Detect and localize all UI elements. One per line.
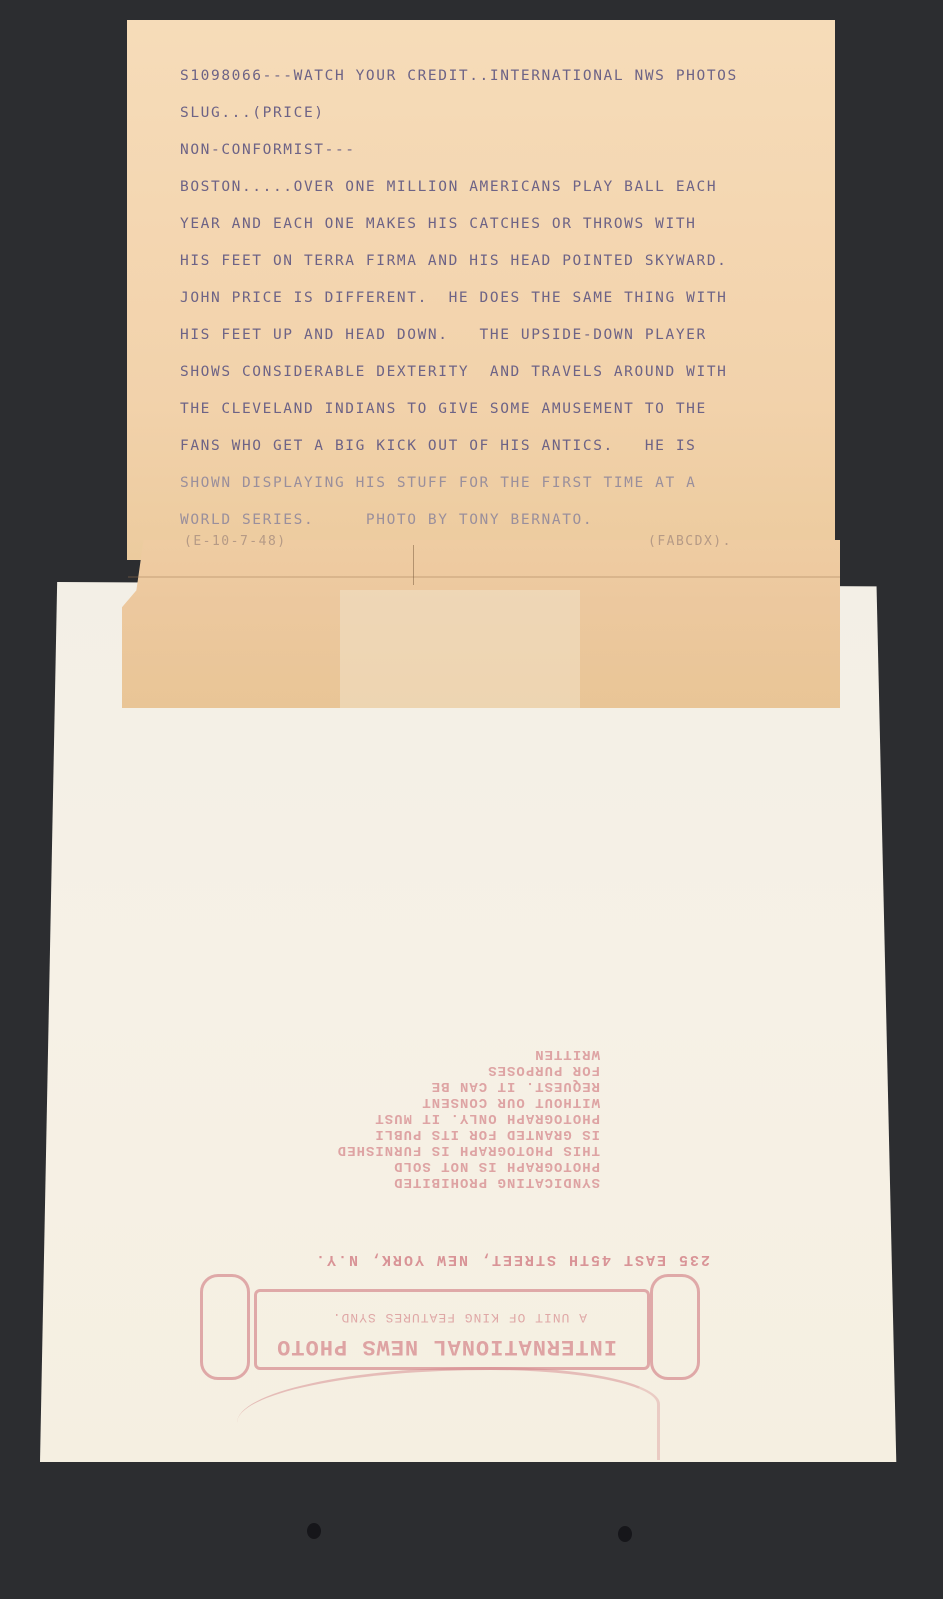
- rights-line: FOR PURPOSES: [337, 1062, 600, 1078]
- caption-line: BOSTON.....OVER ONE MILLION AMERICANS PL…: [180, 173, 820, 210]
- caption-line: SHOWS CONSIDERABLE DEXTERITY AND TRAVELS…: [180, 358, 820, 395]
- rights-line: PHOTOGRAPH ONLY. IT MUST: [337, 1110, 600, 1126]
- agency-stamp: INTERNATIONAL NEWS PHOTO A UNIT OF KING …: [180, 1040, 720, 1440]
- rights-line: WITHOUT OUR CONSENT: [337, 1094, 600, 1110]
- stamp-unit: A UNIT OF KING FEATURES SYND.: [332, 1310, 587, 1325]
- rights-line: WRITTEN: [337, 1046, 600, 1062]
- caption-line: HIS FEET ON TERRA FIRMA AND HIS HEAD POI…: [180, 247, 820, 284]
- typed-caption: S1098066---WATCH YOUR CREDIT..INTERNATIO…: [180, 62, 820, 543]
- stamp-address: 235 EAST 45TH STREET, NEW YORK, N.Y.: [314, 1251, 710, 1268]
- date-code: (E-10-7-48): [184, 534, 287, 549]
- caption-line: HIS FEET UP AND HEAD DOWN. THE UPSIDE-DO…: [180, 321, 820, 358]
- fold-line: [128, 576, 840, 578]
- caption-line: S1098066---WATCH YOUR CREDIT..INTERNATIO…: [180, 62, 820, 99]
- caption-line: SLUG...(PRICE): [180, 99, 820, 136]
- caption-line: THE CLEVELAND INDIANS TO GIVE SOME AMUSE…: [180, 395, 820, 432]
- rights-line: REQUEST. IT CAN BE: [337, 1078, 600, 1094]
- stamp-rights: SYNDICATING PROHIBITED PHOTOGRAPH IS NOT…: [337, 1046, 600, 1190]
- caption-line: NON-CONFORMIST---: [180, 136, 820, 173]
- rights-line: PHOTOGRAPH IS NOT SOLD: [337, 1158, 600, 1174]
- routing-code: (FABCDX).: [648, 534, 732, 549]
- paper-stain: [340, 590, 580, 708]
- rights-line: THIS PHOTOGRAPH IS FURNISHED: [337, 1142, 600, 1158]
- punch-hole: [307, 1523, 321, 1539]
- scroll-left-icon: [650, 1274, 700, 1380]
- caption-line: FANS WHO GET A BIG KICK OUT OF HIS ANTIC…: [180, 432, 820, 469]
- stamp-org: INTERNATIONAL NEWS PHOTO: [276, 1334, 617, 1359]
- eagle-emblem-icon: [237, 1367, 660, 1460]
- caption-line: JOHN PRICE IS DIFFERENT. HE DOES THE SAM…: [180, 284, 820, 321]
- stamp-banner: INTERNATIONAL NEWS PHOTO A UNIT OF KING …: [254, 1289, 650, 1370]
- punch-hole: [618, 1526, 632, 1542]
- caption-line: YEAR AND EACH ONE MAKES HIS CATCHES OR T…: [180, 210, 820, 247]
- crease: [413, 545, 414, 585]
- rights-line: SYNDICATING PROHIBITED: [337, 1174, 600, 1190]
- scroll-right-icon: [200, 1274, 250, 1380]
- caption-line: SHOWN DISPLAYING HIS STUFF FOR THE FIRST…: [180, 469, 820, 506]
- rights-line: IS GRANTED FOR ITS PUBLI: [337, 1126, 600, 1142]
